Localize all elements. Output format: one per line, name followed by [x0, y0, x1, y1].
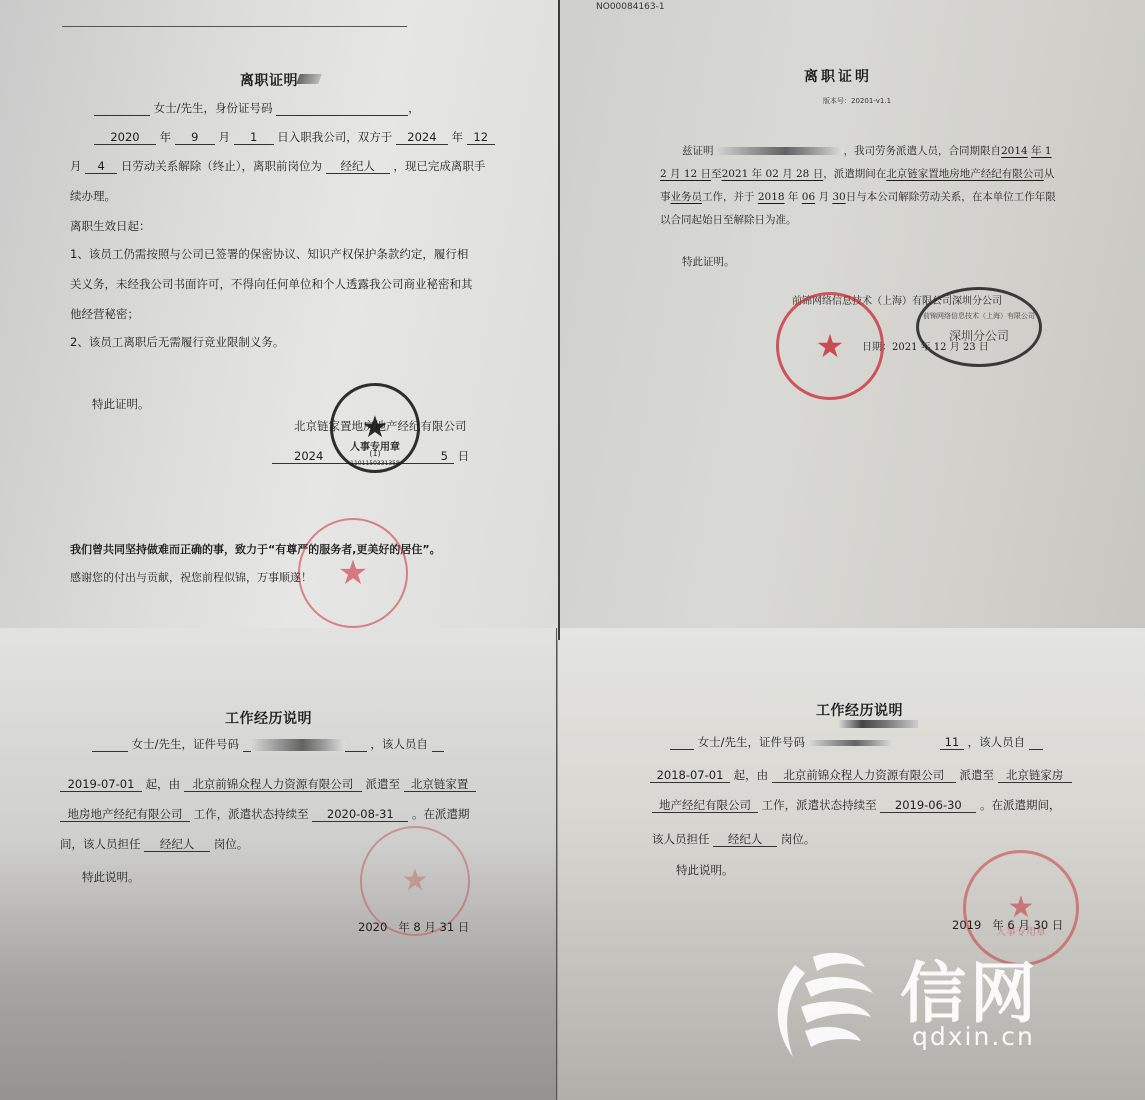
slogan-line-2: 感谢您的付出与贡献，祝您前程似锦，万事顺遂！: [70, 563, 312, 592]
name-blank: [92, 737, 128, 752]
resignation-certificate-2021: NO00084163-1 离职证明 版本号：20201-v1.1 兹证明，我司劳…: [560, 0, 1145, 632]
clause-1-line-1: 1、该员工仍需按照与公司已签署的保密协议、知识产权保护条款约定，履行相: [70, 240, 468, 269]
redaction-mark: [838, 720, 918, 728]
closing-statement: 特此证明。: [682, 248, 735, 277]
serial-number: NO00084163-1: [596, 2, 665, 12]
doc-title: 离职证明: [240, 70, 298, 90]
line-end-date: 地产经纪有限公司 工作，派遣状态持续至 2019-06-30 。在派遣期间，: [652, 791, 1060, 820]
watermark-brand: 信网: [900, 940, 1040, 1035]
star-icon: ★: [816, 330, 845, 362]
company-seal-red: ★: [776, 292, 884, 400]
line-entry-date: 2020 年 9 月 1 日入职我公司，双方于 2024 年 12: [94, 123, 495, 152]
resignation-certificate-2024: 离职证明 女士/先生，身份证号码 ， 2020 年 9 月 1 日入职我公司，双…: [0, 0, 558, 640]
sign-date: 2019 年 6 月 30 日: [952, 911, 1063, 940]
line-position: 该人员担任 经纪人 岗位。: [652, 825, 815, 854]
doc-title: 工作经历说明: [816, 700, 903, 720]
line-dispatch: 2018-07-01 起，由 北京前锦众程人力资源有限公司 派遣至 北京链家房: [650, 761, 1072, 790]
redacted-id: [251, 739, 345, 751]
line-name-id: 女士/先生，证件号码 ，该人员自: [92, 730, 444, 759]
effective-heading: 离职生效日起：: [70, 212, 151, 241]
redacted-name: [714, 147, 844, 155]
clause-1-line-2: 关义务，未经我公司书面许可，不得向任何单位和个人透露我公司商业秘密和其: [70, 270, 473, 299]
line-name-id: 女士/先生，身份证号码 ，: [94, 94, 420, 123]
star-icon: ★: [338, 556, 368, 590]
branch-seal-oval: 前锦网络信息技术（上海）有限公司 深圳分公司: [916, 287, 1042, 367]
watermark-url: qdxin.cn: [912, 1022, 1035, 1051]
work-experience-statement-2020: 工作经历说明 女士/先生，证件号码 ，该人员自 2019-07-01 起，由 北…: [0, 628, 556, 1100]
line-dispatch: 2019-07-01 起，由 北京前锦众程人力资源有限公司 派遣至 北京链家置: [60, 770, 476, 799]
closing-statement: 特此说明。: [82, 863, 140, 892]
redaction-mark: [296, 74, 322, 84]
clause-1-line-3: 他经营秘密；: [70, 300, 139, 329]
star-icon: ★: [402, 866, 429, 896]
closing-statement: 特此说明。: [676, 856, 734, 885]
redacted-id: [809, 740, 893, 746]
closing-statement: 特此证明。: [92, 390, 150, 419]
line-termination: 月 4 日劳动关系解除（终止），离职前岗位为 经纪人 ，现已完成离职手: [70, 152, 485, 181]
sheet-fold-line: [558, 0, 560, 640]
line-end-date: 地房地产经纪有限公司 工作，派遣状态持续至 2020-08-31 。在派遣期: [60, 800, 469, 829]
name-blank: [94, 101, 150, 116]
id-number-blank: [276, 101, 408, 116]
line-tenure-note: 以合同起始日至解除日为准。: [660, 206, 797, 235]
doc-title: 工作经历说明: [225, 708, 312, 728]
sign-date: 2020 年 8 月 31 日: [358, 913, 469, 942]
clause-2: 2、该员工离职后无需履行竞业限制义务。: [70, 328, 284, 357]
qdxin-logo-icon: [765, 945, 875, 1065]
version-number: 版本号：20201-v1.1: [823, 96, 891, 106]
name-blank: [670, 735, 694, 750]
hr-seal-black: ★ 人事专用章 (1) 1101150331358: [330, 383, 420, 473]
line-name-id: 女士/先生，证件号码 11 ，该人员自: [670, 728, 1043, 757]
doc-title: 离职证明: [804, 66, 872, 86]
company-seal-red: ★: [298, 518, 408, 628]
header-rule: [62, 26, 407, 27]
line-completion: 续办理。: [70, 182, 116, 211]
line-position: 间，该人员担任 经纪人 岗位。: [60, 830, 248, 859]
